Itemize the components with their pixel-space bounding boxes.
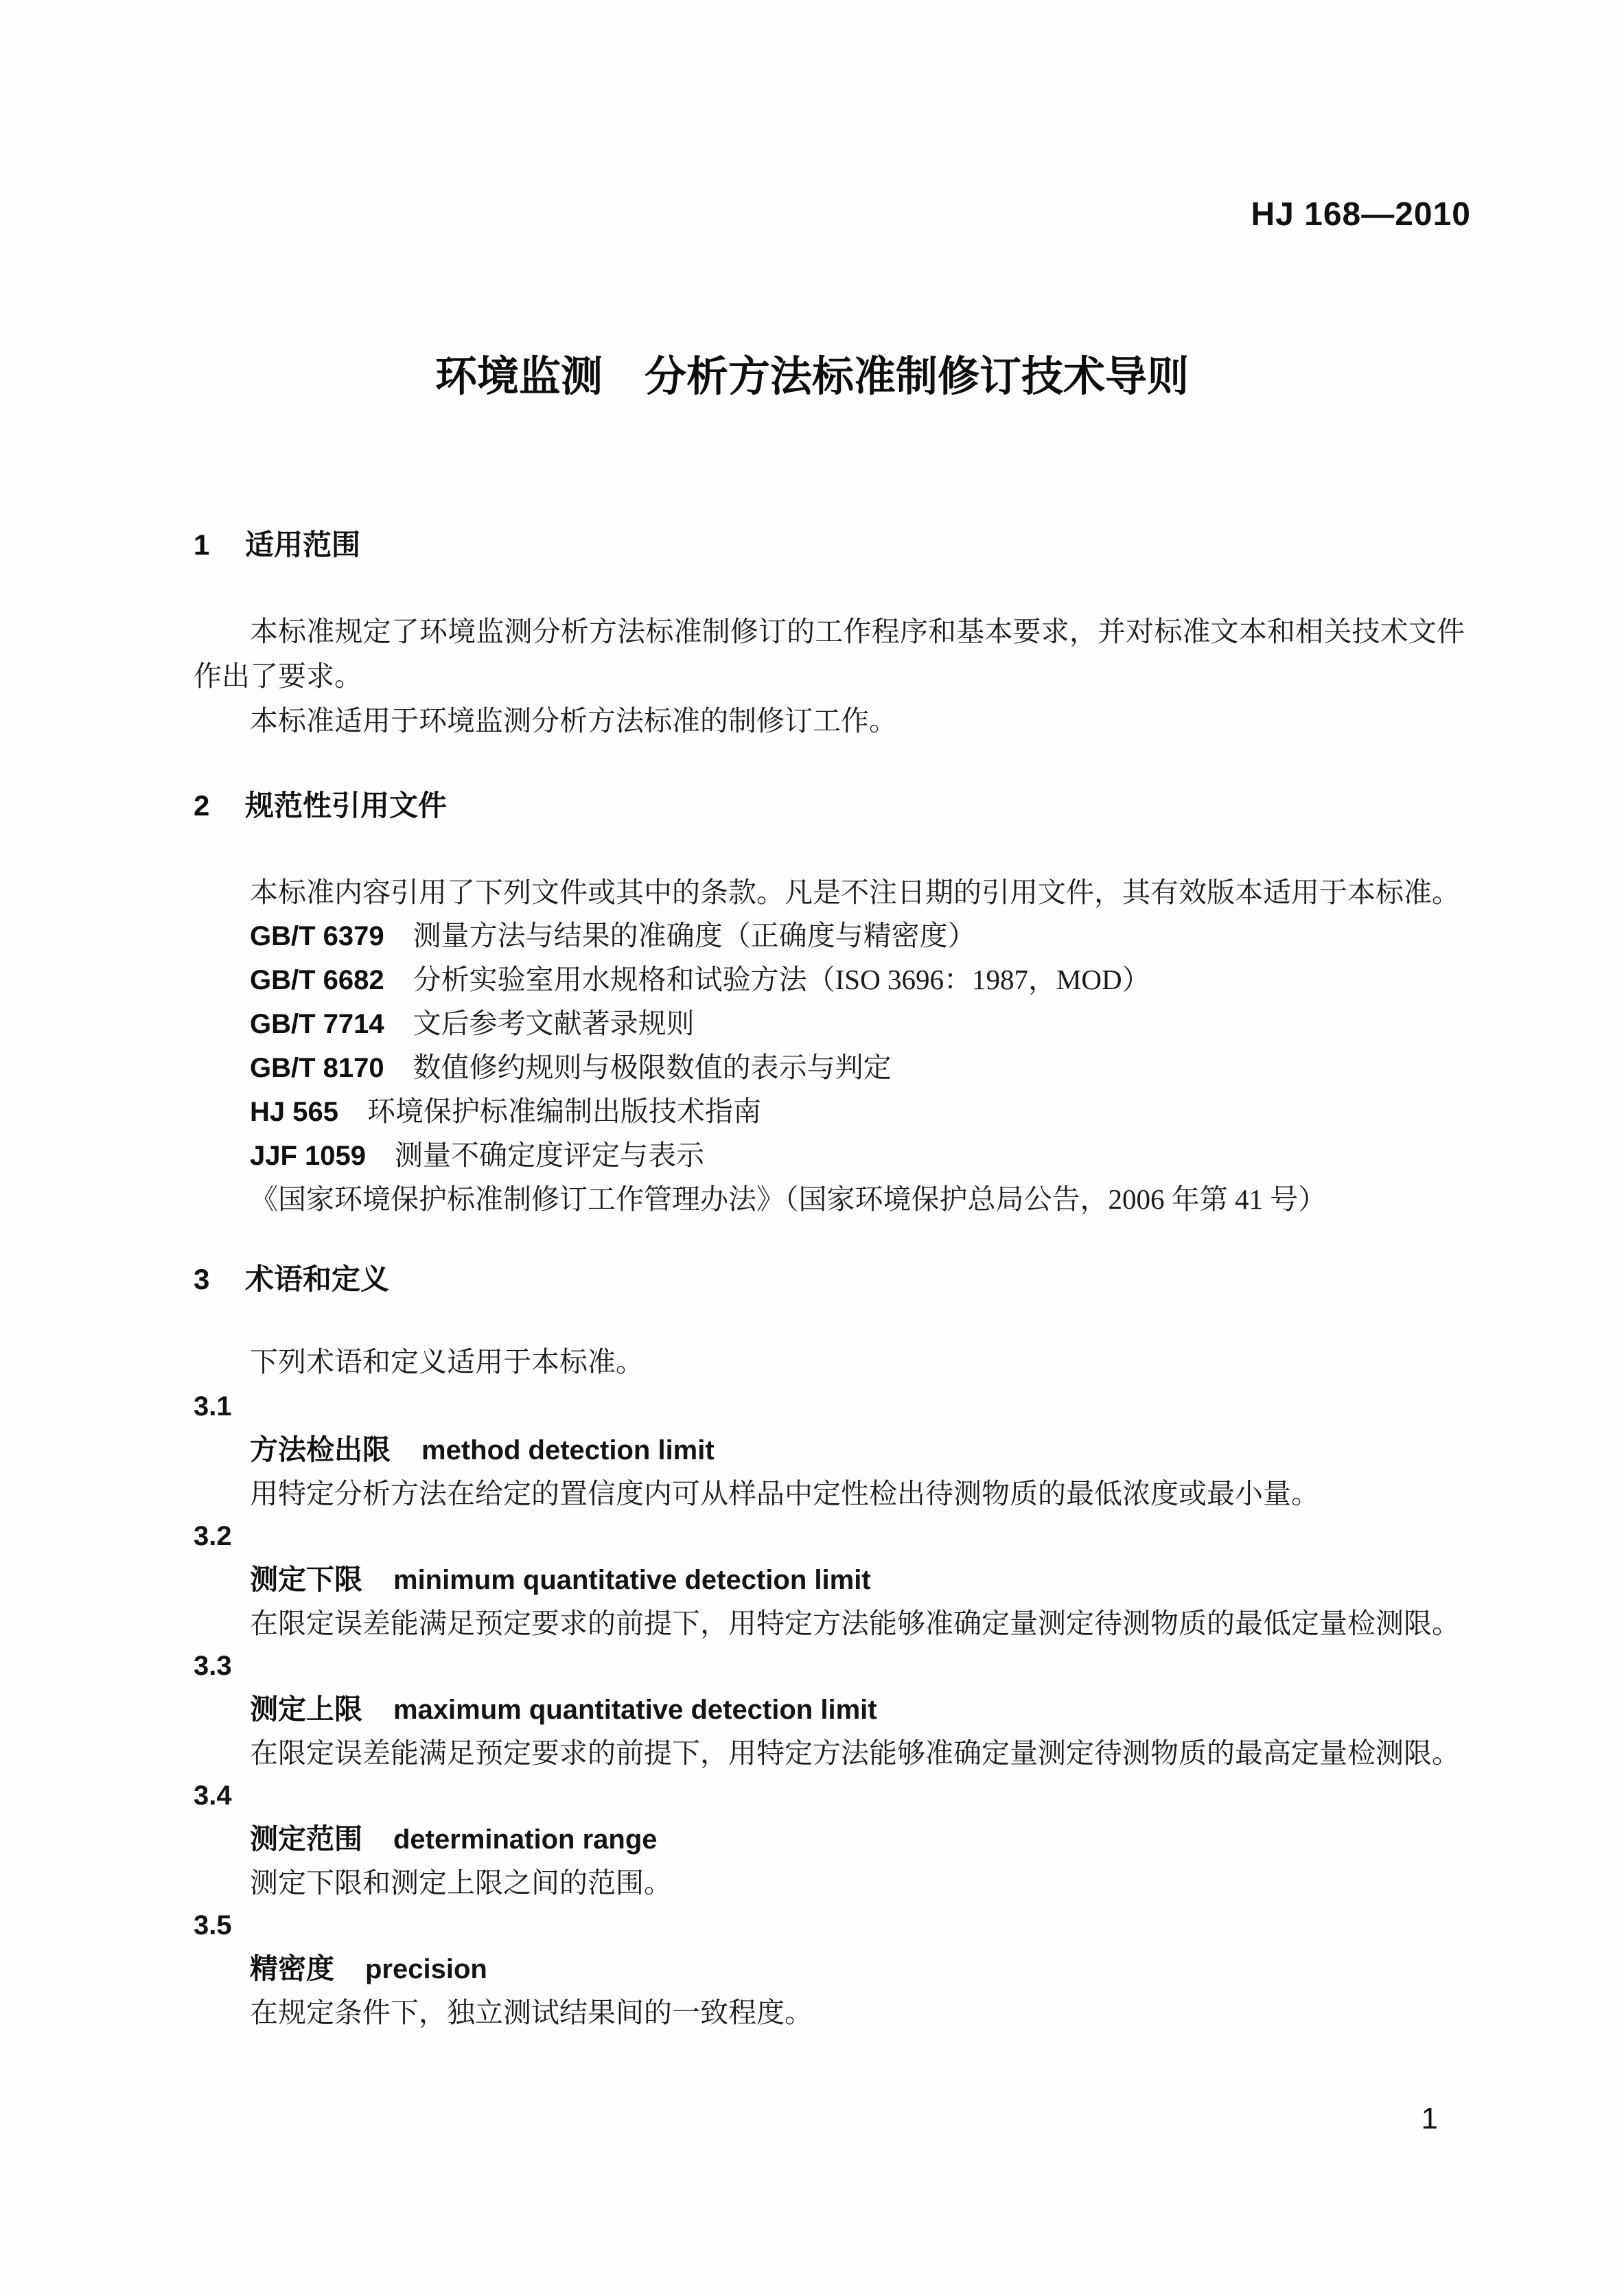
reference-code: GB/T 8170 xyxy=(250,1053,384,1083)
term-name: 精密度precision xyxy=(194,1947,1465,1991)
term-name-zh: 测定上限 xyxy=(250,1693,362,1725)
reference-title: 《国家环境保护标准制修订工作管理办法》（国家环境保护总局公告，2006 年第 4… xyxy=(250,1183,1326,1215)
section-title: 术语和定义 xyxy=(245,1263,389,1295)
term-name: 测定上限maximum quantitative detection limit xyxy=(194,1688,1465,1732)
term-number: 3.3 xyxy=(194,1645,1465,1688)
term-name-en: determination range xyxy=(393,1824,658,1855)
term-name-zh: 测定下限 xyxy=(250,1564,362,1595)
section-number: 1 xyxy=(194,523,209,566)
section-title: 规范性引用文件 xyxy=(245,789,447,822)
reference-title: 分析实验室用水规格和试验方法（ISO 3696：1987，MOD） xyxy=(413,964,1150,995)
reference-code: JJF 1059 xyxy=(250,1141,366,1171)
reference-list: GB/T 6379测量方法与结果的准确度（正确度与精密度） GB/T 6682分… xyxy=(194,914,1465,1222)
section-3-heading: 3 术语和定义 xyxy=(194,1257,1465,1301)
term-name: 测定下限minimum quantitative detection limit xyxy=(194,1558,1465,1602)
term-entry: 3.5 精密度precision 在规定条件下，独立测试结果间的一致程度。 xyxy=(194,1904,1465,2034)
reference-item: HJ 565环境保护标准编制出版技术指南 xyxy=(194,1090,1465,1134)
section-2-heading: 2 规范性引用文件 xyxy=(194,784,1465,827)
reference-item: GB/T 8170数值修约规则与极限数值的表示与判定 xyxy=(194,1046,1465,1090)
term-definition: 在规定条件下，独立测试结果间的一致程度。 xyxy=(194,1991,1465,2034)
term-name-en: method detection limit xyxy=(421,1435,715,1465)
term-entry: 3.3 测定上限maximum quantitative detection l… xyxy=(194,1645,1465,1775)
term-number: 3.2 xyxy=(194,1515,1465,1558)
reference-title: 测量方法与结果的准确度（正确度与精密度） xyxy=(413,920,976,951)
reference-title: 文后参考文献著录规则 xyxy=(413,1008,695,1039)
term-name-zh: 方法检出限 xyxy=(250,1434,391,1465)
paragraph: 本标准适用于环境监测分析方法标准的制修订工作。 xyxy=(194,699,1465,743)
term-entry: 3.1 方法检出限method detection limit 用特定分析方法在… xyxy=(194,1385,1465,1516)
term-number: 3.1 xyxy=(194,1385,1465,1428)
paragraph: 本标准内容引用了下列文件或其中的条款。凡是不注日期的引用文件，其有效版本适用于本… xyxy=(194,870,1465,915)
term-definition: 用特定分析方法在给定的置信度内可从样品中定性检出待测物质的最低浓度或最小量。 xyxy=(194,1472,1465,1516)
reference-item: 《国家环境保护标准制修订工作管理办法》（国家环境保护总局公告，2006 年第 4… xyxy=(194,1178,1465,1222)
term-definition: 在限定误差能满足预定要求的前提下，用特定方法能够准确定量测定待测物质的最高定量检… xyxy=(194,1732,1465,1775)
reference-item: GB/T 6682分析实验室用水规格和试验方法（ISO 3696：1987，MO… xyxy=(194,958,1465,1002)
reference-title: 测量不确定度评定与表示 xyxy=(395,1139,704,1171)
document-page: HJ 168—2010 环境监测 分析方法标准制修订技术导则 1 适用范围 本标… xyxy=(0,0,1624,2296)
section-number: 3 xyxy=(194,1257,209,1301)
reference-title: 数值修约规则与极限数值的表示与判定 xyxy=(413,1052,892,1083)
term-definition: 测定下限和测定上限之间的范围。 xyxy=(194,1862,1465,1905)
term-number: 3.4 xyxy=(194,1774,1465,1818)
term-definition: 在限定误差能满足预定要求的前提下，用特定方法能够准确定量测定待测物质的最低定量检… xyxy=(194,1602,1465,1645)
reference-item: GB/T 7714文后参考文献著录规则 xyxy=(194,1002,1465,1046)
term-name: 测定范围determination range xyxy=(194,1818,1465,1862)
section-number: 2 xyxy=(194,784,209,827)
term-name: 方法检出限method detection limit xyxy=(194,1428,1465,1472)
term-number: 3.5 xyxy=(194,1904,1465,1947)
section-1-heading: 1 适用范围 xyxy=(194,523,1465,566)
reference-code: GB/T 6682 xyxy=(250,965,384,995)
document-title: 环境监测 分析方法标准制修订技术导则 xyxy=(0,351,1624,401)
paragraph: 下列术语和定义适用于本标准。 xyxy=(194,1340,1465,1384)
paragraph: 本标准规定了环境监测分析方法标准制修订的工作程序和基本要求，并对标准文本和相关技… xyxy=(194,610,1465,699)
doc-number: HJ 168—2010 xyxy=(1251,196,1471,234)
term-entry: 3.4 测定范围determination range 测定下限和测定上限之间的… xyxy=(194,1774,1465,1905)
page-number: 1 xyxy=(1422,2102,1438,2136)
term-name-zh: 精密度 xyxy=(250,1953,334,1984)
reference-item: JJF 1059测量不确定度评定与表示 xyxy=(194,1134,1465,1178)
term-name-zh: 测定范围 xyxy=(250,1823,362,1855)
term-name-en: precision xyxy=(365,1954,487,1984)
reference-code: HJ 565 xyxy=(250,1097,338,1127)
reference-item: GB/T 6379测量方法与结果的准确度（正确度与精密度） xyxy=(194,914,1465,958)
term-name-en: minimum quantitative detection limit xyxy=(393,1565,871,1595)
section-title: 适用范围 xyxy=(245,529,360,561)
term-entry: 3.2 测定下限minimum quantitative detection l… xyxy=(194,1515,1465,1645)
term-name-en: maximum quantitative detection limit xyxy=(393,1695,877,1725)
reference-code: GB/T 7714 xyxy=(250,1009,384,1039)
reference-title: 环境保护标准编制出版技术指南 xyxy=(367,1095,761,1127)
reference-code: GB/T 6379 xyxy=(250,921,384,951)
